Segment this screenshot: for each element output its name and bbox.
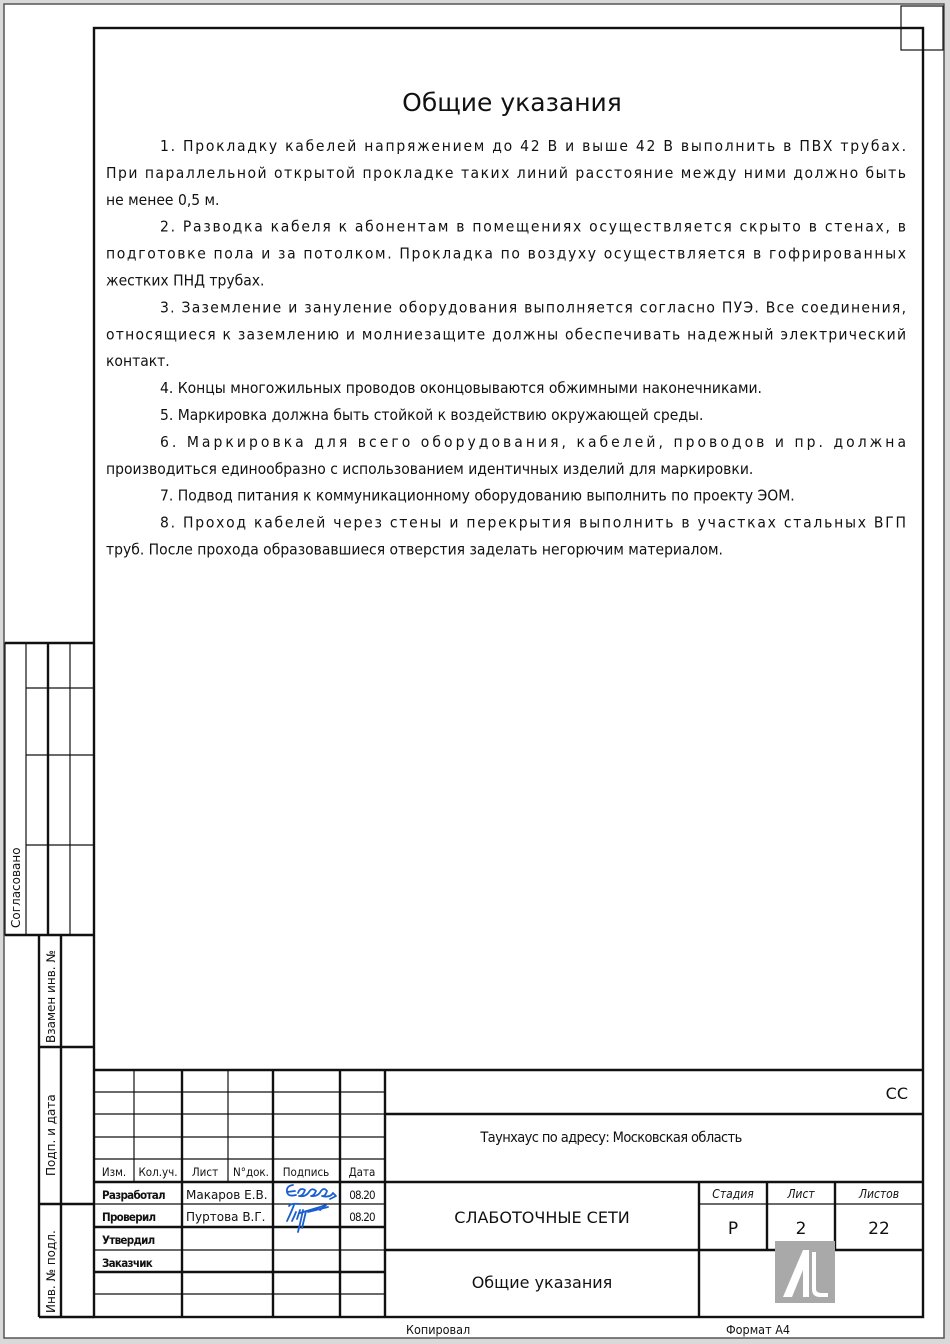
person-name: Пуртова В.Г.: [186, 1210, 266, 1224]
note-line: труб. После прохода образовавшиеся отвер…: [106, 541, 723, 559]
note-line: 3. Заземление и зануление оборудования в…: [160, 298, 906, 316]
drawing-sheet: Общие указания 1. Прокладку кабелей напр…: [0, 0, 950, 1344]
note-line: 8. Проход кабелей через стены и перекрыт…: [160, 514, 906, 532]
note-line: 4. Концы многожильных проводов оконцовыв…: [160, 379, 762, 397]
sign-date-label: Подп. и дата: [44, 1094, 58, 1176]
header-date: Дата: [349, 1165, 376, 1179]
replaced-inv-label: Взамен инв. №: [44, 950, 58, 1043]
inv-original-label: Инв. № подл.: [44, 1230, 58, 1313]
stage-label: Стадия: [712, 1187, 754, 1201]
role-label: Разработал: [102, 1188, 165, 1202]
sign-date: 08.20: [349, 1210, 375, 1224]
role-label: Утвердил: [102, 1233, 155, 1247]
header-change: Изм.: [102, 1165, 126, 1179]
note-line: 2. Разводка кабеля к абонентам в помещен…: [160, 218, 906, 236]
project-name: Таунхаус по адресу: Московская область: [479, 1130, 741, 1146]
stage-value: Р: [728, 1219, 738, 1239]
sign-date: 08.20: [349, 1188, 375, 1202]
note-line: контакт.: [106, 352, 170, 370]
format-label: Формат А4: [726, 1322, 790, 1337]
note-line: жестких ПНД трубах.: [106, 272, 264, 290]
company-logo: [775, 1241, 835, 1303]
role-label: Заказчик: [102, 1256, 153, 1270]
note-line: подготовке пола и за потолком. Прокладка…: [106, 245, 906, 263]
agreed-label: Согласовано: [9, 847, 23, 928]
sheet-value: 2: [796, 1219, 807, 1239]
person-name: Макаров Е.В.: [186, 1188, 268, 1202]
header-count: Кол.уч.: [138, 1165, 177, 1179]
note-line: производиться единообразно с использован…: [106, 460, 753, 478]
header-signature: Подпись: [283, 1165, 330, 1179]
page-title: Общие указания: [402, 88, 622, 117]
sheets-label: Листов: [858, 1187, 899, 1201]
document-code: СС: [886, 1084, 908, 1103]
note-line: 5. Маркировка должна быть стойкой к возд…: [160, 406, 703, 424]
note-line: не менее 0,5 м.: [106, 191, 220, 209]
section-name: СЛАБОТОЧНЫЕ СЕТИ: [454, 1208, 629, 1227]
note-line: 7. Подвод питания к коммуникационному об…: [160, 487, 795, 505]
sheet-title: Общие указания: [472, 1273, 613, 1292]
header-doc-no: N°док.: [233, 1165, 269, 1179]
note-line: 6. Маркировка для всего оборудования, ка…: [160, 433, 906, 451]
sheets-value: 22: [868, 1219, 890, 1239]
sheet-label: Лист: [786, 1187, 815, 1201]
header-sheet: Лист: [192, 1165, 218, 1179]
note-line: относящиеся к заземлению и молниезащите …: [106, 325, 906, 343]
note-line: 1. Прокладку кабелей напряжением до 42 В…: [160, 137, 906, 155]
copied-label: Копировал: [406, 1322, 470, 1337]
role-label: Проверил: [102, 1210, 155, 1224]
